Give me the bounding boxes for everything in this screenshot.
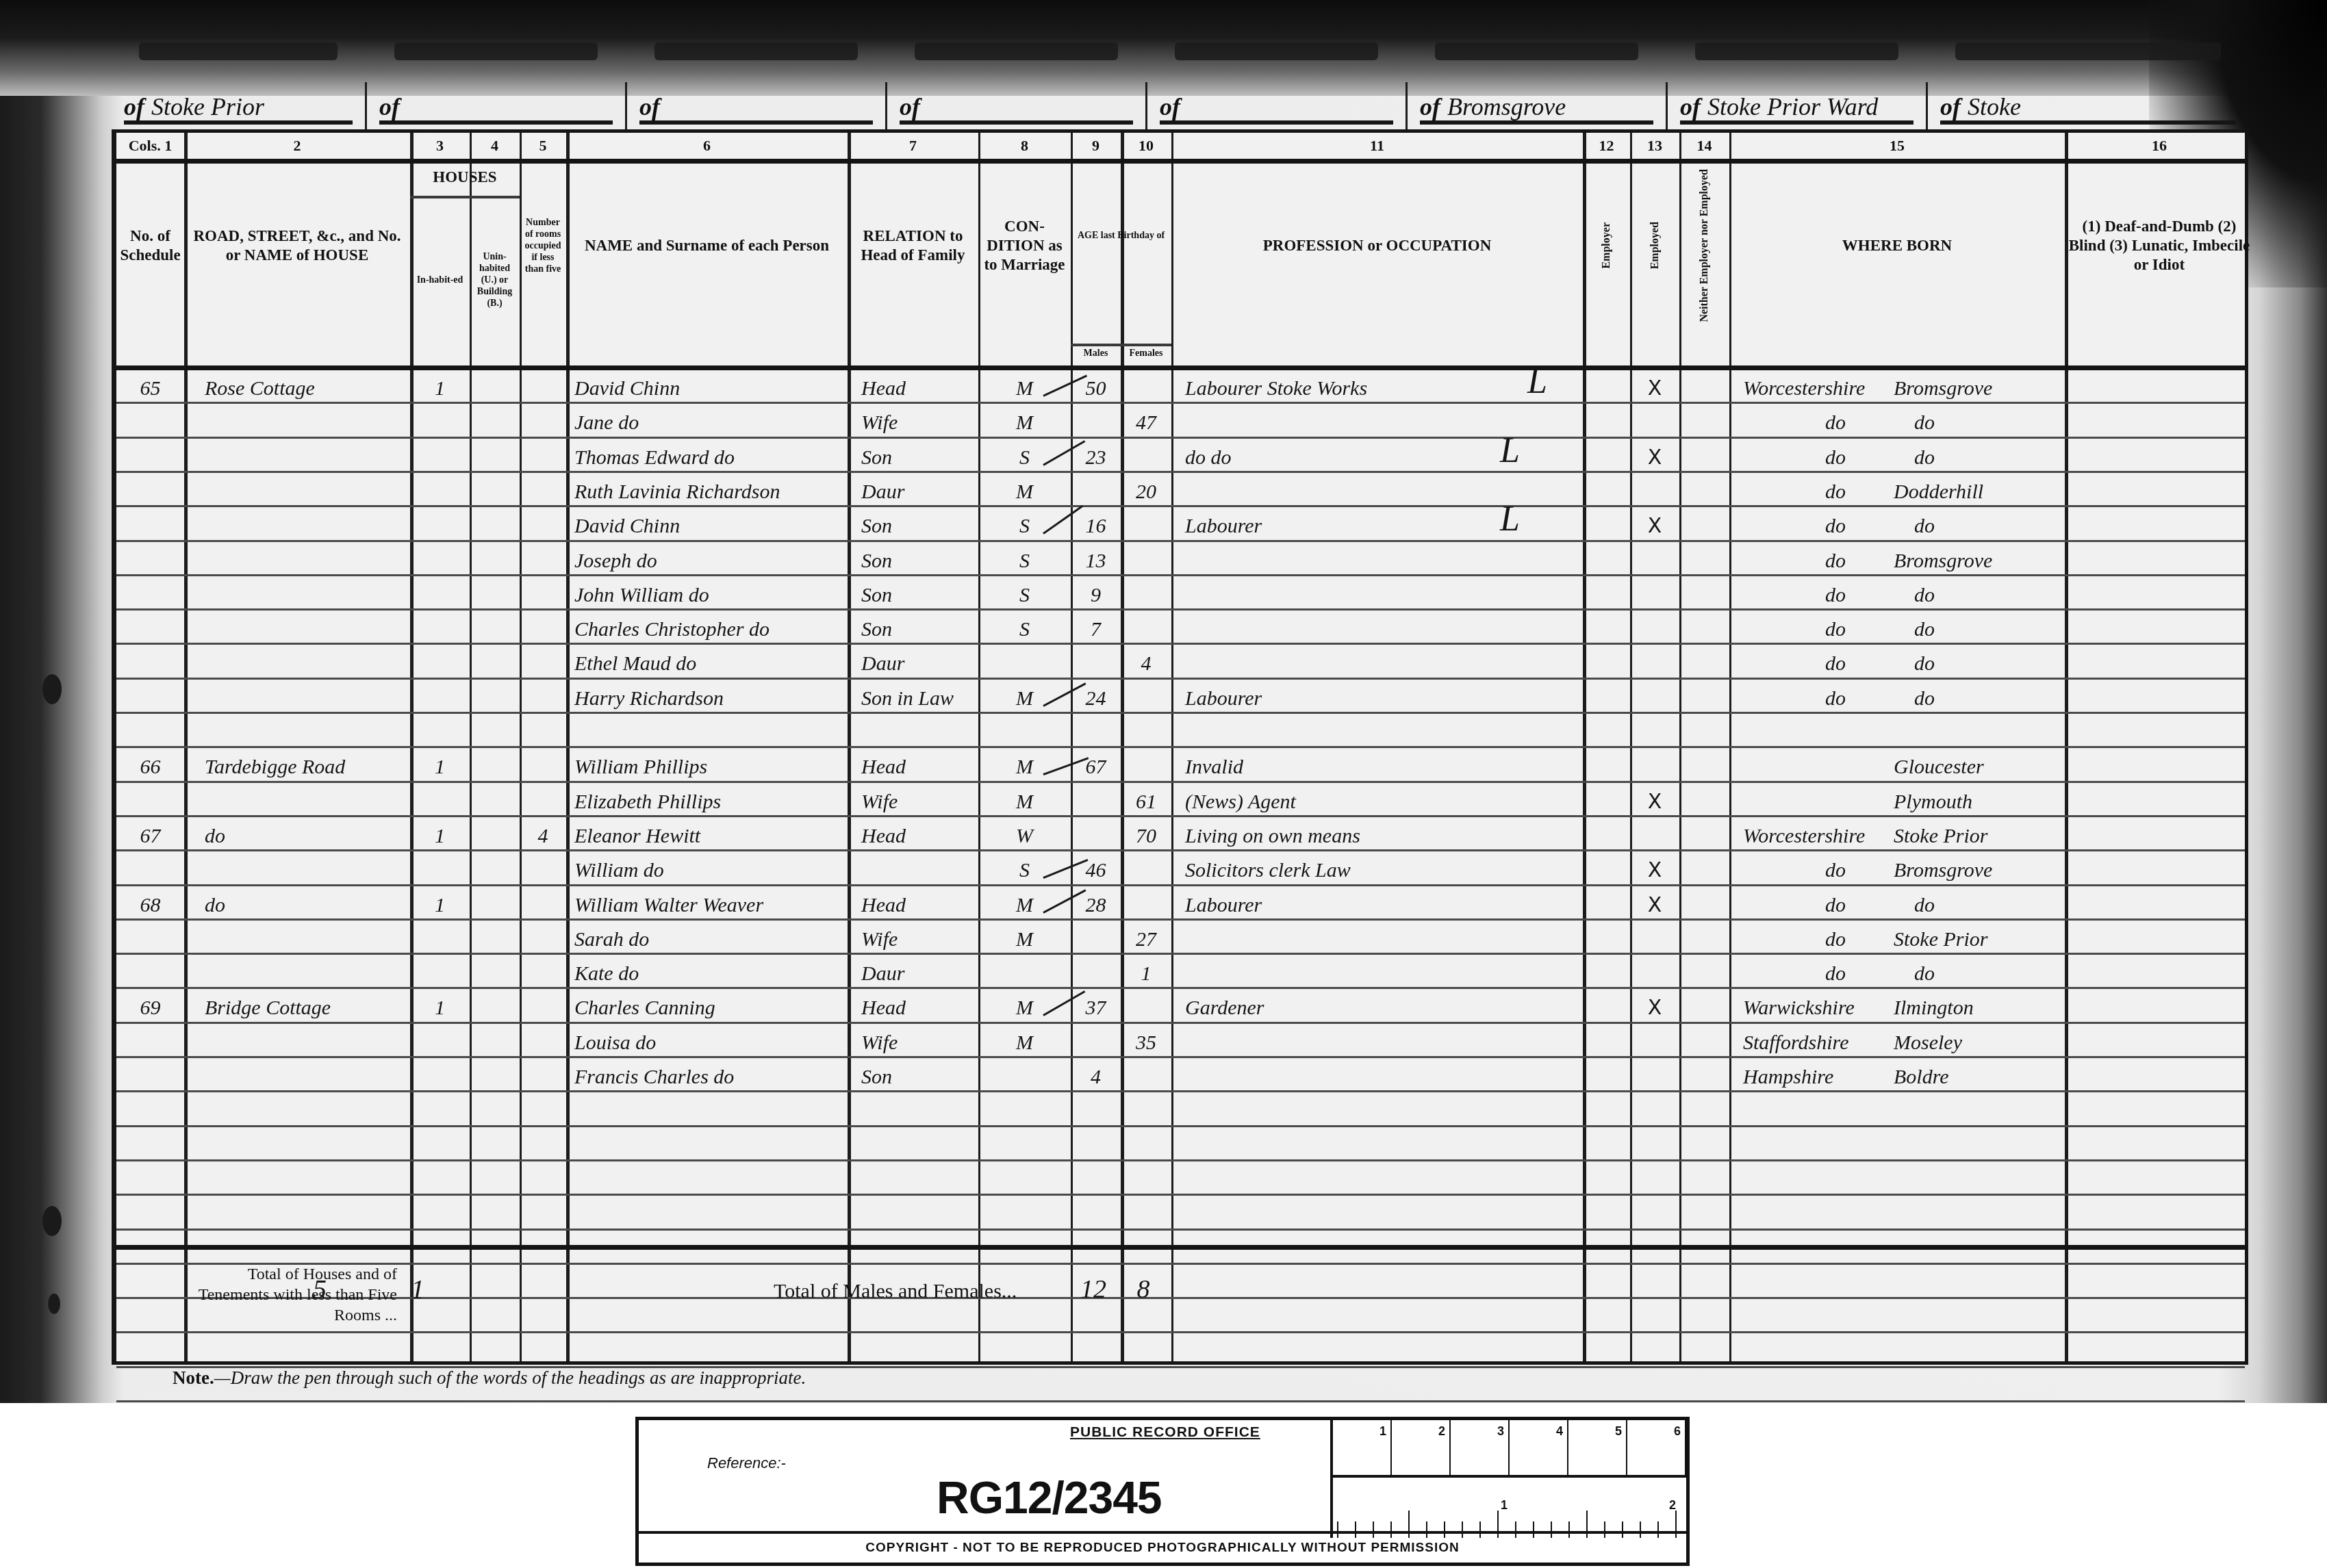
column-header-text: RELATION to Head of Family [850,227,976,265]
ruler-number: 1 [1501,1498,1508,1513]
column-number: 9 [1071,133,1121,159]
cell-condition: S [978,544,1071,578]
reference-label: Reference:- [707,1454,786,1472]
parish-of-prefix: of [900,93,920,120]
cell-relation: Daur [861,957,978,991]
birth-county: do [1825,682,1846,716]
column-header: ROAD, STREET, &c., and No. or NAME of HO… [187,160,407,331]
total-inhabited: 5 [296,1272,344,1307]
parish-field: ofStoke Prior Ward [1666,82,1926,130]
cell-address: Rose Cottage [205,372,417,406]
column-header-text: Employed [1649,222,1661,269]
column-number: 12 [1583,133,1630,159]
header-rule [116,365,2245,370]
cell-relation: Son [861,1060,978,1094]
cell-age-m: 9 [1071,578,1121,613]
birth-county: do [1825,544,1846,578]
parish-field-value: of [900,93,1133,125]
column-header: CON-DITION as to Marriage [981,160,1068,331]
birth-county: do [1825,888,1846,923]
birth-place: Bromsgrove [1894,853,1992,888]
column-header: In-habit-ed [413,198,467,362]
cell-name: John William do [574,578,842,613]
parish-of-prefix: of [1160,93,1180,120]
cell-age-f: 70 [1121,819,1171,853]
birth-county: do [1825,441,1846,475]
cell-inhabited: 1 [410,750,470,784]
total-males: 12 [1069,1272,1117,1307]
cell-occupation: do do [1185,441,1583,475]
parish-value: Bromsgrove [1447,93,1566,120]
column-header-text: Employer [1601,222,1612,269]
age-sub-header: Males [1071,348,1121,359]
column-header-text: CON-DITION as to Marriage [981,217,1068,274]
column-number: 8 [978,133,1071,159]
cell-age-f: 47 [1121,406,1171,440]
cell-schedule: 68 [116,888,184,923]
note-text: —Draw the pen through such of the words … [214,1367,806,1388]
row-rule [116,1331,2245,1333]
cell-relation: Wife [861,1026,978,1060]
column-header: WHERE BORN [1732,160,2062,331]
cell-age-m: 4 [1071,1060,1121,1094]
column-header-text: PROFESSION or OCCUPATION [1263,236,1492,255]
birth-place: Dodderhill [1894,475,1983,509]
parish-value: Stoke [1968,93,2021,120]
cell-name: Thomas Edward do [574,441,842,475]
birth-place: do [1914,682,1935,716]
binding-hole [42,674,62,704]
parish-field: of [885,82,1145,130]
birth-county: do [1825,647,1846,681]
birth-place: do [1914,957,1935,991]
cell-name: Sarah do [574,923,842,957]
cell-inhabited: 1 [410,991,470,1025]
parish-field-heading [1435,42,1638,60]
cell-condition: M [978,785,1071,819]
parish-of-prefix: of [639,93,660,120]
cell-age-f: 4 [1121,647,1171,681]
cell-relation: Head [861,819,978,853]
birth-place: do [1914,888,1935,923]
cell-name: Kate do [574,957,842,991]
cell-relation: Wife [861,406,978,440]
birth-county: do [1825,957,1846,991]
parish-field-value: ofStoke Prior Ward [1680,93,1913,125]
employment-mark: X [1630,372,1679,406]
birth-place: do [1914,578,1935,613]
parish-field-value: of [379,93,613,125]
parish-field: of [365,82,625,130]
birth-county: do [1825,475,1846,509]
column-number: 11 [1171,133,1583,159]
column-number: 16 [2065,133,2254,159]
total-females: 8 [1119,1272,1167,1307]
cell-name: David Chinn [574,372,842,406]
cell-relation: Son [861,544,978,578]
birth-place: Bromsgrove [1894,372,1992,406]
column-header: Employer [1586,160,1627,331]
birth-county: do [1825,923,1846,957]
birth-place: do [1914,647,1935,681]
cell-age-m: 50 [1071,372,1121,406]
cell-age-f: 1 [1121,957,1171,991]
cell-name: Charles Canning [574,991,842,1025]
cell-relation: Daur [861,647,978,681]
cell-condition: M [978,1026,1071,1060]
row-rule [116,1400,2245,1402]
parish-field-heading [1695,42,1898,60]
column-header-text: (1) Deaf-and-Dumb (2) Blind (3) Lunatic,… [2068,217,2251,274]
parish-field-value: of [639,93,873,125]
ruler-number: 4 [1556,1424,1563,1439]
birth-place: Boldre [1894,1060,1949,1094]
note-prefix: Note. [173,1367,214,1388]
parish-of-prefix: of [1680,93,1701,120]
total-rooms: 1 [394,1272,442,1307]
ruler-number: 3 [1497,1424,1504,1439]
birth-place: do [1914,613,1935,647]
column-header: RELATION to Head of Family [850,160,976,331]
cell-name: Louisa do [574,1026,842,1060]
parish-field: ofBromsgrove [1406,82,1666,130]
row-rule [116,1159,2245,1161]
cell-schedule: 65 [116,372,184,406]
occupation-code: L [1500,434,1520,468]
birth-county: do [1825,578,1846,613]
cell-schedule: 69 [116,991,184,1025]
column-number: 6 [566,133,848,159]
column-number: 3 [410,133,470,159]
occupation-code: L [1500,502,1520,537]
cell-name: Francis Charles do [574,1060,842,1094]
birth-place: do [1914,509,1935,543]
cell-condition: M [978,750,1071,784]
cell-occupation: Labourer [1185,509,1583,543]
cell-occupation: (News) Agent [1185,785,1583,819]
cell-age-m: 16 [1071,509,1121,543]
row-rule [116,1229,2245,1231]
parish-field-heading [915,42,1118,60]
cell-name: Jane do [574,406,842,440]
employment-mark: X [1630,509,1679,543]
birth-place: do [1914,441,1935,475]
ruler-number: 2 [1438,1424,1445,1439]
parish-field-value: ofStoke [1940,93,2236,125]
employment-mark: X [1630,991,1679,1025]
column-number: 14 [1679,133,1729,159]
birth-county: Staffordshire [1743,1026,1848,1060]
parish-field-heading [1955,42,2221,60]
scale-ruler: 123456 12 [1330,1420,1686,1538]
ruler-number: 1 [1379,1424,1386,1439]
birth-place: Plymouth [1894,785,1972,819]
cell-name: Eleanor Hewitt [574,819,842,853]
birth-place: Ilmington [1894,991,1974,1025]
column-header-text: Neither Employer nor Employed [1699,169,1710,322]
ruler-number: 2 [1669,1498,1676,1513]
cell-relation: Head [861,372,978,406]
cell-name: William do [574,853,842,888]
census-sheet: Cols. 1No. of Schedule2ROAD, STREET, &c.… [112,129,2248,1365]
column-number: 15 [1729,133,2065,159]
column-header-text: NAME and Surname of each Person [585,236,829,255]
column-number: 4 [470,133,520,159]
cell-condition: S [978,509,1071,543]
parish-field-heading [654,42,858,60]
reference-code: RG12/2345 [937,1471,1162,1524]
ruler-number: 6 [1674,1424,1681,1439]
totals-rule [116,1245,2245,1250]
cell-address: do [205,819,417,853]
record-office-title: PUBLIC RECORD OFFICE [1070,1424,1260,1441]
parish-field-value: of [1160,93,1393,125]
column-number: 2 [184,133,410,159]
column-header: Employed [1633,160,1677,331]
cell-address: Bridge Cottage [205,991,417,1025]
houses-total-label: Total of Houses and of Tenements with le… [192,1264,397,1326]
cell-rooms: 4 [520,819,566,853]
birth-place: Moseley [1894,1026,1962,1060]
cell-relation: Head [861,750,978,784]
column-header-text: AGE last Birthday of [1078,230,1165,242]
cell-age-f: 20 [1121,475,1171,509]
birth-place: Stoke Prior [1894,819,1987,853]
ruler-segment: 5 [1568,1420,1627,1475]
parish-field-value: ofStoke Prior [124,93,353,125]
cell-relation: Daur [861,475,978,509]
cell-relation: Son in Law [861,682,978,716]
age-sub-header: Females [1121,348,1171,359]
column-header-text: ROAD, STREET, &c., and No. or NAME of HO… [187,227,407,265]
employment-mark: X [1630,853,1679,888]
row-rule [116,1263,2245,1265]
column-header-text: No. of Schedule [119,227,181,265]
column-header-text: WHERE BORN [1842,236,1952,255]
copyright-notice: COPYRIGHT - NOT TO BE REPRODUCED PHOTOGR… [639,1531,1686,1563]
cell-name: David Chinn [574,509,842,543]
column-number: 13 [1630,133,1679,159]
ruler-number: 5 [1615,1424,1622,1439]
cell-occupation: Labourer [1185,888,1583,923]
cell-occupation: Solicitors clerk Law [1185,853,1583,888]
cell-schedule: 66 [116,750,184,784]
cell-condition: W [978,819,1071,853]
parish-field-value: ofBromsgrove [1420,93,1653,125]
cell-schedule: 67 [116,819,184,853]
parish-of-prefix: of [124,93,144,120]
parish-of-prefix: of [379,93,400,120]
column-header: No. of Schedule [119,160,181,331]
parish-field: of [1145,82,1406,130]
houses-group-header: HOUSES [410,160,520,194]
parish-value: Stoke Prior [151,93,264,120]
cell-age-f: 61 [1121,785,1171,819]
binding-hole [42,1206,62,1236]
parish-field-heading [139,42,338,60]
cell-name: Harry Richardson [574,682,842,716]
birth-county: do [1825,406,1846,440]
cell-address: do [205,888,417,923]
birth-county: do [1825,853,1846,888]
column-header: Number of rooms occupied if less than fi… [522,160,563,331]
column-header-text: Unin-habited (U.) or Building (B.) [472,251,517,309]
cell-relation: Wife [861,785,978,819]
cell-inhabited: 1 [410,819,470,853]
employment-mark: X [1630,888,1679,923]
cell-condition: M [978,475,1071,509]
occupation-code: L [1527,365,1547,399]
ruler-segment: 2 [1392,1420,1451,1475]
ruler-segment: 3 [1451,1420,1510,1475]
cell-condition: M [978,406,1071,440]
row-rule [116,1125,2245,1127]
cell-occupation: Invalid [1185,750,1583,784]
employment-mark: X [1630,441,1679,475]
cell-age-m: 46 [1071,853,1121,888]
row-rule [116,1194,2245,1196]
houses-group-rule [410,196,520,198]
birth-place: Bromsgrove [1894,544,1992,578]
column-header: Neither Employer nor Employed [1682,160,1727,331]
column-header-text: In-habit-ed [417,274,463,286]
birth-county: Worcestershire [1743,819,1865,853]
cell-occupation: Labourer Stoke Works [1185,372,1583,406]
column-number: 7 [848,133,978,159]
cell-relation: Head [861,991,978,1025]
birth-place: Gloucester [1894,750,1984,784]
cell-name: William Phillips [574,750,842,784]
cell-name: Ruth Lavinia Richardson [574,475,842,509]
age-group-rule [1071,344,1171,346]
ruler-segment: 4 [1510,1420,1568,1475]
birth-county: Warwickshire [1743,991,1855,1025]
column-number: 5 [520,133,566,159]
cell-relation: Head [861,888,978,923]
employment-mark: X [1630,785,1679,819]
reference-stamp: PUBLIC RECORD OFFICE Reference:- RG12/23… [635,1417,1690,1566]
ruler-segment: 6 [1627,1420,1686,1475]
column-header: (1) Deaf-and-Dumb (2) Blind (3) Lunatic,… [2068,160,2251,331]
birth-county: do [1825,613,1846,647]
cell-address: Tardebigge Road [205,750,417,784]
cell-age-f: 27 [1121,923,1171,957]
cell-condition: S [978,578,1071,613]
column-header: Unin-habited (U.) or Building (B.) [472,198,517,362]
parish-value: Stoke Prior Ward [1707,93,1878,120]
birth-place: Stoke Prior [1894,923,1987,957]
row-rule [116,746,2245,748]
cell-occupation: Labourer [1185,682,1583,716]
cell-occupation: Living on own means [1185,819,1583,853]
column-header: AGE last Birthday of [1073,160,1169,311]
cell-age-m: 7 [1071,613,1121,647]
cell-age-m: 13 [1071,544,1121,578]
column-header-text: Number of rooms occupied if less than fi… [522,217,563,275]
cell-age-f: 35 [1121,1026,1171,1060]
column-number: Cols. 1 [116,133,184,159]
parish-header: ofStoke PriorofofofofofBromsgroveofStoke… [112,82,2248,130]
binding-hole [48,1294,60,1314]
parish-field: ofStoke Prior [112,82,365,130]
cell-age-m: 67 [1071,750,1121,784]
birth-county: Worcestershire [1743,372,1865,406]
parish-field-heading [394,42,598,60]
cell-relation: Son [861,613,978,647]
column-header: NAME and Surname of each Person [569,160,845,331]
cell-inhabited: 1 [410,372,470,406]
cell-relation: Son [861,441,978,475]
cell-name: William Walter Weaver [574,888,842,923]
cell-relation: Son [861,578,978,613]
parish-field: of [625,82,885,130]
cell-occupation: Gardener [1185,991,1583,1025]
cell-name: Joseph do [574,544,842,578]
cell-relation: Son [861,509,978,543]
birth-county: do [1825,509,1846,543]
parish-of-prefix: of [1420,93,1440,120]
ruler-segment: 1 [1333,1420,1392,1475]
cell-name: Charles Christopher do [574,613,842,647]
parish-field-heading [1175,42,1378,60]
column-number: 10 [1121,133,1171,159]
cell-condition: M [978,923,1071,957]
cell-condition: S [978,613,1071,647]
cell-relation: Wife [861,923,978,957]
parish-of-prefix: of [1940,93,1961,120]
birth-place: do [1914,406,1935,440]
column-header: PROFESSION or OCCUPATION [1174,160,1580,331]
cell-name: Elizabeth Phillips [574,785,842,819]
cell-name: Ethel Maud do [574,647,842,681]
parish-field: ofStoke [1926,82,2248,130]
instruction-note: Note.—Draw the pen through such of the w… [173,1367,806,1389]
persons-total-label: Total of Males and Females... [774,1278,1017,1305]
birth-county: Hampshire [1743,1060,1833,1094]
cell-inhabited: 1 [410,888,470,923]
